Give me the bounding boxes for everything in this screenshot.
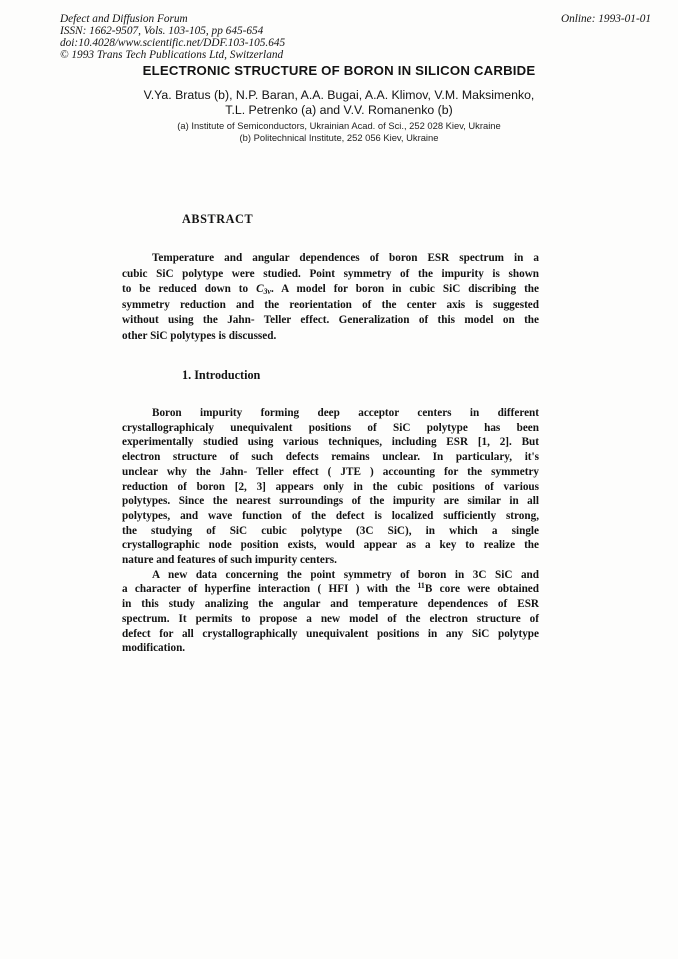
authors-line-1: V.Ya. Bratus (b), N.P. Baran, A.A. Bugai… — [0, 88, 678, 103]
abstract-text: Temperature and angular dependences of b… — [122, 251, 539, 345]
introduction-paragraph-2: A new data concerning the point symmetry… — [122, 568, 539, 656]
introduction-text: Boron impurity forming deep acceptor cen… — [122, 406, 539, 656]
text-line: other SiC polytypes is discussed. — [122, 329, 539, 345]
text-line: nature and features of such impurity cen… — [122, 553, 539, 568]
paper-title: ELECTRONIC STRUCTURE OF BORON IN SILICON… — [0, 63, 678, 78]
text-line: crystallographicaly unequivalent positio… — [122, 421, 539, 436]
abstract-heading: ABSTRACT — [182, 212, 253, 227]
text-line: cubic SiC polytype were studied. Point s… — [122, 267, 539, 283]
text-line: electron structure of such defects remai… — [122, 450, 539, 465]
text-line: crystallographic node position exists, w… — [122, 538, 539, 553]
affiliation-b: (b) Politechnical Institute, 252 056 Kie… — [0, 132, 678, 144]
text-line: reduction of boron [2, 3] appears only i… — [122, 480, 539, 495]
text-line: defect for all crystallographically uneq… — [122, 627, 539, 642]
text-line: experimentally studied using various tec… — [122, 435, 539, 450]
text-line: polytypes, and wave function of the defe… — [122, 509, 539, 524]
affiliations-block: (a) Institute of Semiconductors, Ukraini… — [0, 120, 678, 144]
issn-line: ISSN: 1662-9507, Vols. 103-105, pp 645-6… — [60, 25, 285, 37]
text-line: modification. — [122, 641, 539, 656]
introduction-paragraph-1: Boron impurity forming deep acceptor cen… — [122, 406, 539, 568]
copyright-line: © 1993 Trans Tech Publications Ltd, Swit… — [60, 49, 285, 61]
introduction-heading: 1. Introduction — [182, 368, 260, 383]
text-line: in this study analizing the angular and … — [122, 597, 539, 612]
text-line: polytypes. Since the nearest surrounding… — [122, 494, 539, 509]
text-line: symmetry reduction and the reorientation… — [122, 298, 539, 314]
online-date: Online: 1993-01-01 — [561, 13, 651, 25]
text-line: Temperature and angular dependences of b… — [122, 251, 539, 267]
journal-title: Defect and Diffusion Forum — [60, 13, 285, 25]
text-line: to be reduced down to C3v. A model for b… — [122, 282, 539, 298]
affiliation-a: (a) Institute of Semiconductors, Ukraini… — [0, 120, 678, 132]
paper-page: Defect and Diffusion Forum ISSN: 1662-95… — [0, 0, 678, 959]
text-line: A new data concerning the point symmetry… — [122, 568, 539, 583]
authors-block: V.Ya. Bratus (b), N.P. Baran, A.A. Bugai… — [0, 88, 678, 117]
text-line: Boron impurity forming deep acceptor cen… — [122, 406, 539, 421]
doi-line: doi:10.4028/www.scientific.net/DDF.103-1… — [60, 37, 285, 49]
text-line: spectrum. It permits to propose a new mo… — [122, 612, 539, 627]
text-line: unclear why the Jahn- Teller effect ( JT… — [122, 465, 539, 480]
text-line: without using the Jahn- Teller effect. G… — [122, 313, 539, 329]
text-line: the studying of SiC cubic polytype (3C S… — [122, 524, 539, 539]
authors-line-2: T.L. Petrenko (a) and V.V. Romanenko (b) — [0, 103, 678, 118]
text-line: a character of hyperfine interaction ( H… — [122, 582, 539, 597]
journal-header: Defect and Diffusion Forum ISSN: 1662-95… — [60, 13, 285, 61]
